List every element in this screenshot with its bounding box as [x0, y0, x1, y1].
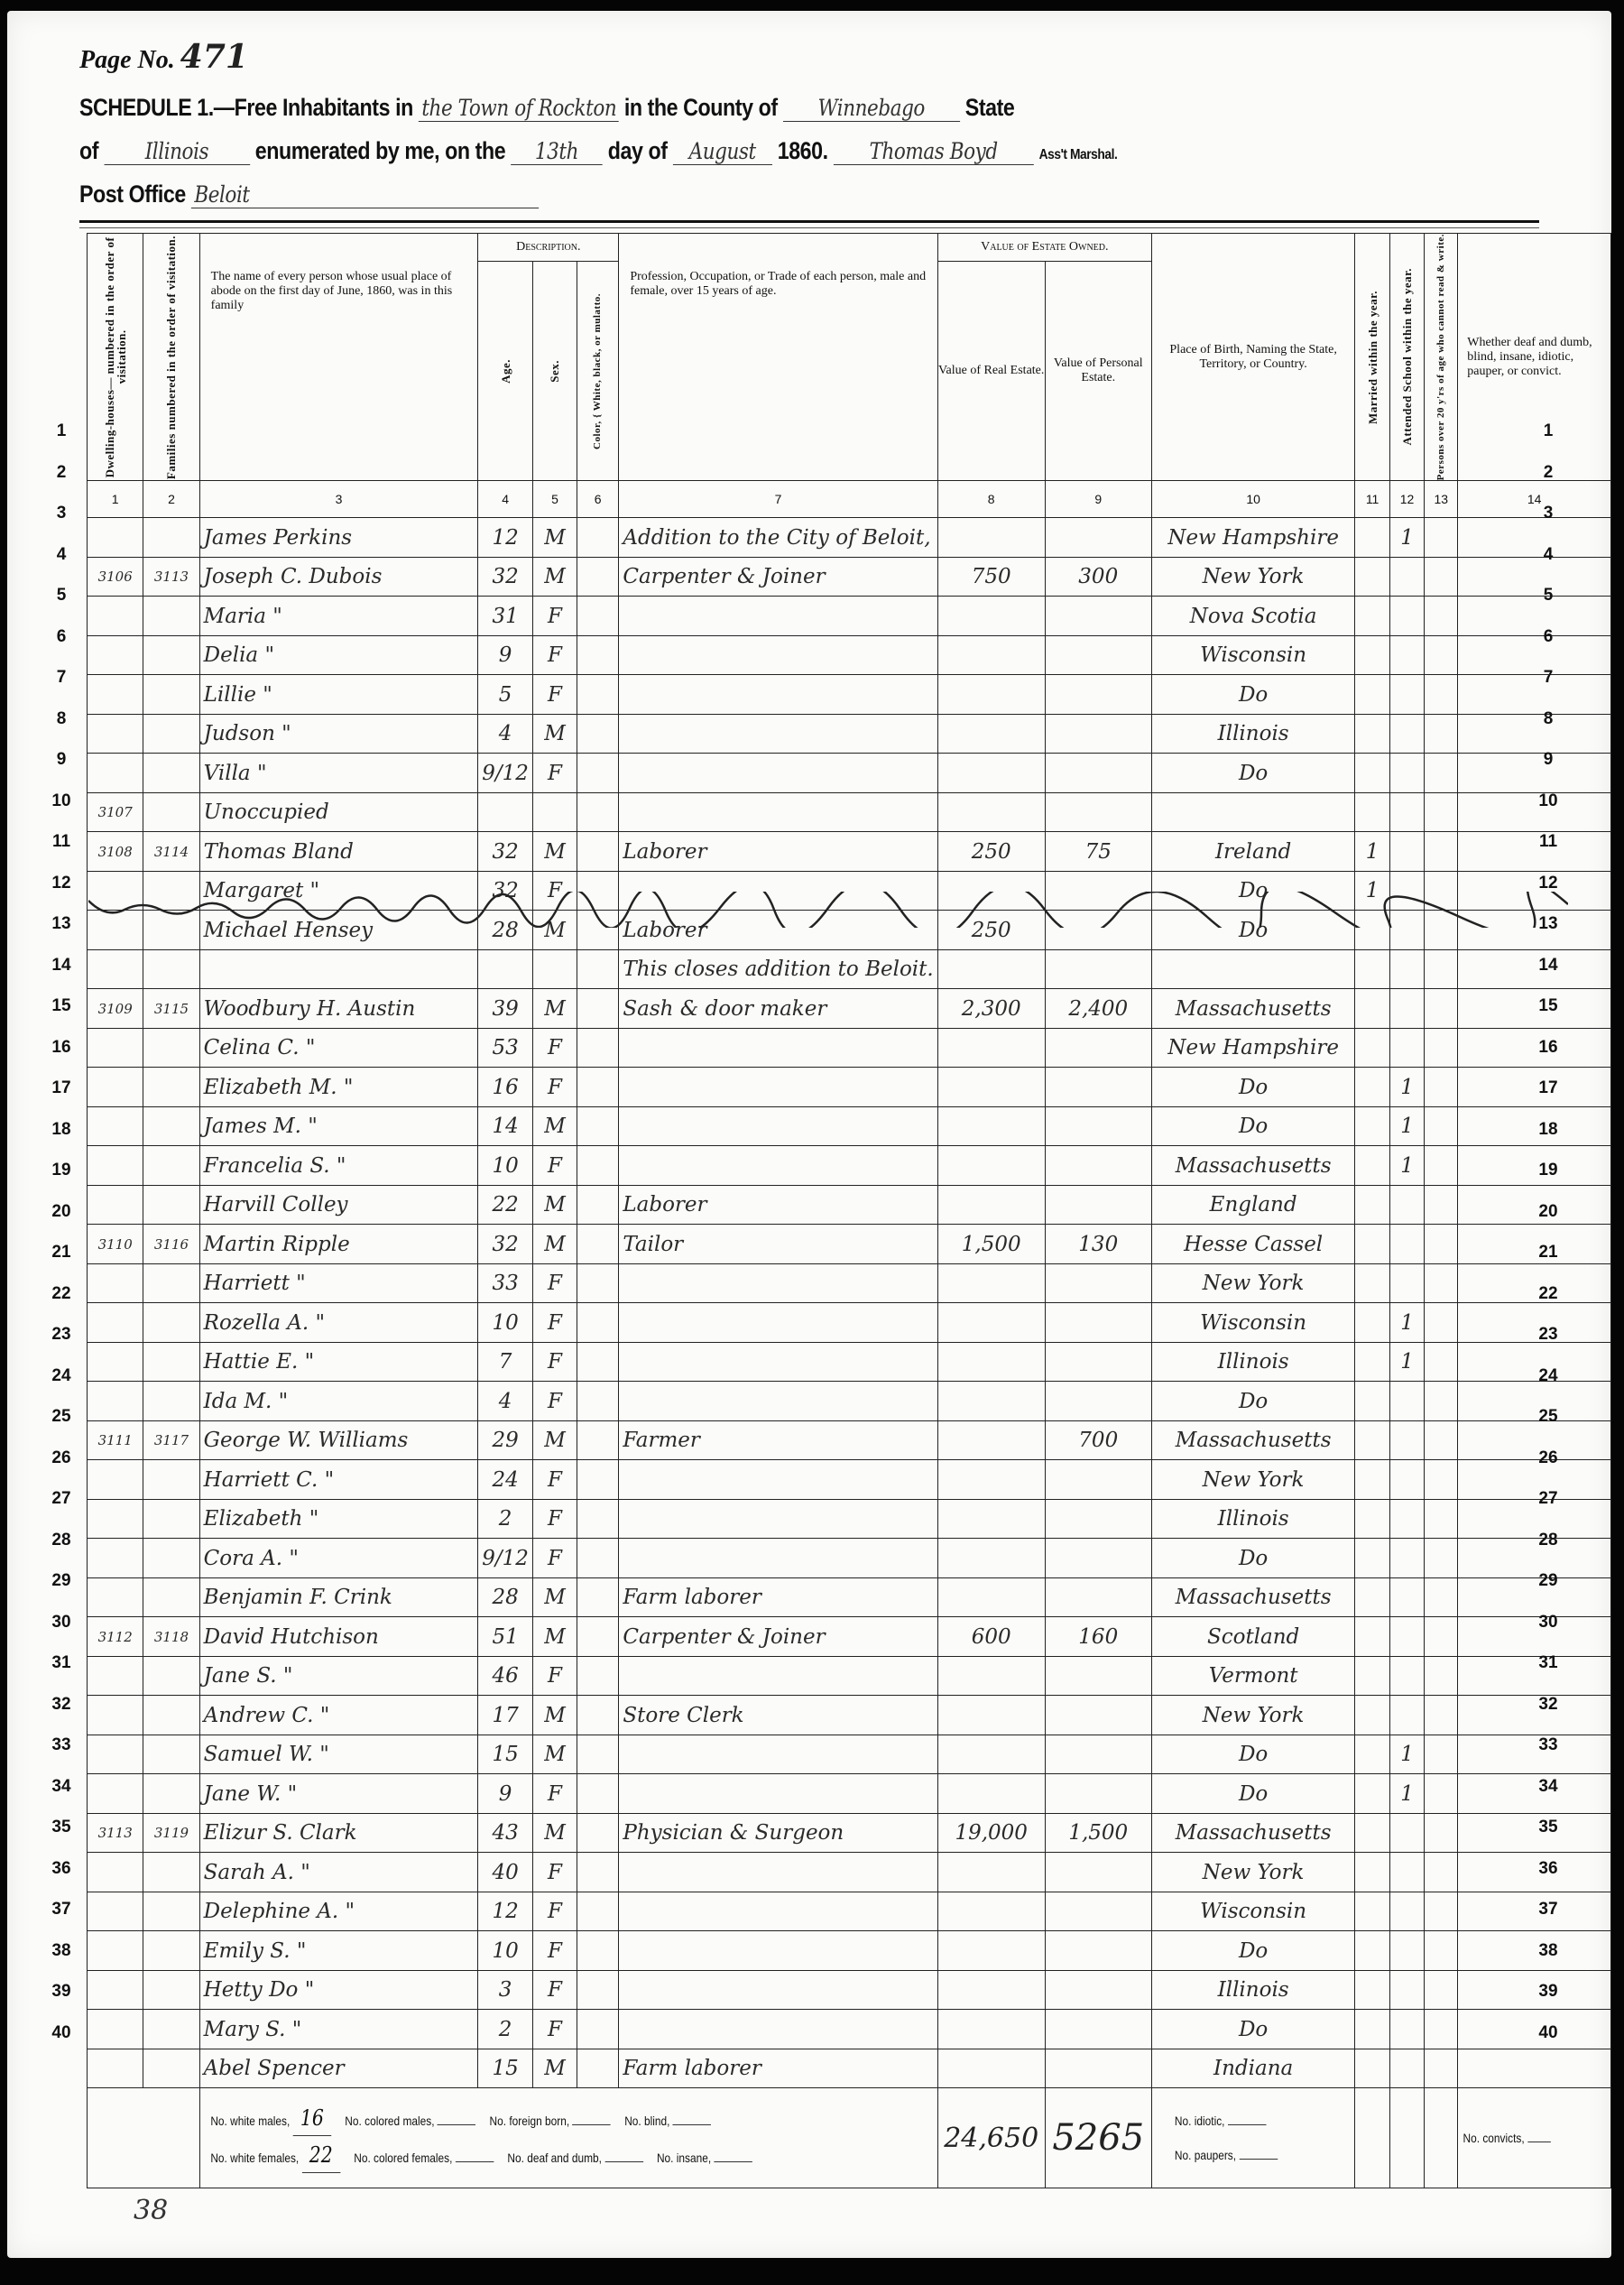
table-row: 31093115Woodbury H. Austin39MSash & door… — [88, 989, 1611, 1029]
personal-estate-value — [1045, 1382, 1151, 1421]
attended-school — [1389, 1813, 1424, 1853]
color — [577, 989, 619, 1029]
color — [577, 1263, 619, 1303]
attended-school — [1389, 1577, 1424, 1617]
occupation — [619, 1382, 937, 1421]
white-females-label: No. white females, — [210, 2151, 299, 2165]
paupers-label: No. paupers, — [1175, 2148, 1236, 2162]
line-number-left: 20 — [43, 1202, 79, 1222]
occupation — [619, 1499, 937, 1539]
personal-estate-value — [1045, 2010, 1151, 2049]
attended-school — [1389, 1225, 1424, 1264]
attended-school — [1389, 557, 1424, 597]
line-number-right: 37 — [1530, 1900, 1566, 1920]
sex: F — [532, 635, 577, 675]
cannot-read-write — [1425, 792, 1458, 832]
color — [577, 2010, 619, 2049]
line-number-right: 7 — [1530, 668, 1566, 688]
family-number — [143, 2010, 199, 2049]
line-number-right: 14 — [1530, 956, 1566, 976]
table-row: Maria "31FNova Scotia — [88, 597, 1611, 636]
person-name: Margaret " — [199, 871, 478, 911]
line-number-left: 25 — [43, 1407, 79, 1427]
personal-estate-value — [1045, 518, 1151, 558]
person-name: Harriett C. " — [199, 1460, 478, 1500]
line-number-left: 39 — [43, 1982, 79, 2002]
column-number: 4 — [478, 481, 533, 518]
personal-estate-value — [1045, 1499, 1151, 1539]
age: 29 — [478, 1420, 533, 1460]
column-number: 1 — [88, 481, 143, 518]
age: 9/12 — [478, 1539, 533, 1578]
col-personal-estate-header: Value of Personal Estate. — [1045, 262, 1151, 481]
personal-estate-value: 2,400 — [1045, 989, 1151, 1029]
dwelling-number — [88, 1382, 143, 1421]
birthplace: Do — [1151, 2010, 1355, 2049]
line-number-left: 23 — [43, 1325, 79, 1345]
line-number-right: 26 — [1530, 1448, 1566, 1468]
cannot-read-write — [1425, 1813, 1458, 1853]
person-name: Mary S. " — [199, 2010, 478, 2049]
real-estate-value — [937, 1146, 1045, 1186]
line-number-left: 6 — [43, 627, 79, 647]
attended-school — [1389, 2049, 1424, 2088]
table-row: Sarah A. "40FNew York — [88, 1853, 1611, 1892]
table-row: Jane W. "9FDo1 — [88, 1774, 1611, 1814]
column-number: 8 — [937, 481, 1045, 518]
line-number-right: 25 — [1530, 1407, 1566, 1427]
color — [577, 1735, 619, 1774]
sex: F — [532, 1853, 577, 1892]
line-number-right: 20 — [1530, 1202, 1566, 1222]
schedule-title: SCHEDULE 1.—Free Inhabitants in — [79, 94, 413, 121]
color — [577, 1185, 619, 1225]
colored-males-value — [438, 2124, 475, 2125]
occupation — [619, 1735, 937, 1774]
cannot-read-write — [1425, 871, 1458, 911]
birthplace: Vermont — [1151, 1656, 1355, 1696]
family-number — [143, 1185, 199, 1225]
white-females-value: 22 — [302, 2138, 341, 2173]
cannot-read-write — [1425, 832, 1458, 872]
line-number-right: 19 — [1530, 1161, 1566, 1180]
married-within-year — [1355, 1853, 1389, 1892]
table-row: Harvill Colley22MLaborerEngland — [88, 1185, 1611, 1225]
real-estate-value — [937, 1577, 1045, 1617]
sex: F — [532, 1892, 577, 1931]
married-within-year: 1 — [1355, 871, 1389, 911]
personal-estate-value: 700 — [1045, 1420, 1151, 1460]
cannot-read-write — [1425, 1539, 1458, 1578]
summary-idiotic-paupers: No. idiotic, No. paupers, — [1151, 2088, 1324, 2188]
line-number-left: 7 — [43, 668, 79, 688]
estate-header: Value of Estate Owned. — [937, 234, 1151, 262]
age: 39 — [478, 989, 533, 1029]
real-estate-value — [937, 518, 1045, 558]
color — [577, 1303, 619, 1343]
sex — [532, 792, 577, 832]
line-number-right: 21 — [1530, 1243, 1566, 1263]
person-name: Sarah A. " — [199, 1853, 478, 1892]
real-estate-value — [937, 1970, 1045, 2010]
birthplace: New York — [1151, 1460, 1355, 1500]
census-page: Page No.471 SCHEDULE 1.—Free Inhabitants… — [7, 11, 1611, 2258]
occupation: Store Clerk — [619, 1696, 937, 1735]
person-name: Jane S. " — [199, 1656, 478, 1696]
cannot-read-write — [1425, 1931, 1458, 1971]
summary-blank — [1425, 2088, 1458, 2188]
cannot-read-write — [1425, 675, 1458, 715]
dwelling-number — [88, 1460, 143, 1500]
line-number-left: 18 — [43, 1120, 79, 1140]
color — [577, 1460, 619, 1500]
color — [577, 1342, 619, 1382]
cannot-read-write — [1425, 1577, 1458, 1617]
sex: F — [532, 1460, 577, 1500]
color — [577, 1068, 619, 1107]
married-within-year — [1355, 1342, 1389, 1382]
line-number-left: 9 — [43, 750, 79, 770]
real-estate-value — [937, 1853, 1045, 1892]
sex: F — [532, 1656, 577, 1696]
person-name: Francelia S. " — [199, 1146, 478, 1186]
table-row: Margaret "32FDo1 — [88, 871, 1611, 911]
married-within-year — [1355, 1539, 1389, 1578]
personal-estate-value — [1045, 1892, 1151, 1931]
occupation — [619, 1656, 937, 1696]
column-number: 3 — [199, 481, 478, 518]
attended-school: 1 — [1389, 1342, 1424, 1382]
attended-school — [1389, 1028, 1424, 1068]
married-within-year — [1355, 792, 1389, 832]
person-name: Maria " — [199, 597, 478, 636]
line-number-left: 38 — [43, 1941, 79, 1961]
birthplace: Do — [1151, 1931, 1355, 1971]
married-within-year — [1355, 1892, 1389, 1931]
cannot-read-write — [1425, 1774, 1458, 1814]
color — [577, 754, 619, 793]
county-field: Winnebago — [783, 95, 960, 122]
occupation: Laborer — [619, 1185, 937, 1225]
col-occupation-header: Profession, Occupation, or Trade of each… — [619, 234, 937, 481]
line-number-right: 17 — [1530, 1078, 1566, 1098]
col-dwelling-header: Dwelling-houses— numbered in the order o… — [88, 234, 143, 481]
total-real-estate: 24,650 — [937, 2088, 1045, 2188]
color — [577, 1853, 619, 1892]
color — [577, 1892, 619, 1931]
column-number: 11 — [1355, 481, 1389, 518]
line-number-right: 15 — [1530, 996, 1566, 1016]
real-estate-value — [937, 1303, 1045, 1343]
family-number — [143, 792, 199, 832]
dwelling-number — [88, 1146, 143, 1186]
attended-school — [1389, 714, 1424, 754]
sex: F — [532, 1931, 577, 1971]
page-number-value: 471 — [180, 38, 248, 76]
line-number-left: 8 — [43, 709, 79, 729]
sex: M — [532, 1617, 577, 1657]
age: 3 — [478, 1970, 533, 2010]
birthplace: Ireland — [1151, 832, 1355, 872]
dwelling-number: 3106 — [88, 557, 143, 597]
person-name: Benjamin F. Crink — [199, 1577, 478, 1617]
family-number — [143, 1499, 199, 1539]
color — [577, 1970, 619, 2010]
real-estate-value — [937, 1420, 1045, 1460]
line-number-left: 11 — [43, 832, 79, 852]
total-personal-estate: 5265 — [1045, 2088, 1151, 2188]
age: 28 — [478, 1577, 533, 1617]
dwelling-number — [88, 1735, 143, 1774]
occupation: Addition to the City of Beloit, — [619, 518, 937, 558]
idiotic-value — [1228, 2124, 1267, 2125]
sex: M — [532, 989, 577, 1029]
age: 4 — [478, 714, 533, 754]
birthplace: New York — [1151, 1263, 1355, 1303]
cannot-read-write — [1425, 1617, 1458, 1657]
occupation — [619, 1303, 937, 1343]
real-estate-value — [937, 1460, 1045, 1500]
family-number: 3116 — [143, 1225, 199, 1264]
married-within-year — [1355, 1970, 1389, 2010]
line-number-left: 27 — [43, 1489, 79, 1509]
birthplace: Do — [1151, 1735, 1355, 1774]
person-name: Delephine A. " — [199, 1892, 478, 1931]
color — [577, 557, 619, 597]
cannot-read-write — [1425, 1853, 1458, 1892]
attended-school — [1389, 1617, 1424, 1657]
sex: F — [532, 1382, 577, 1421]
line-number-right: 13 — [1530, 914, 1566, 934]
occupation — [619, 2010, 937, 2049]
family-number — [143, 1146, 199, 1186]
line-number-right: 1 — [1530, 421, 1566, 441]
married-within-year — [1355, 754, 1389, 793]
col-color-header: Color, { White, black, or mulatto. — [577, 262, 619, 481]
married-within-year — [1355, 1656, 1389, 1696]
real-estate-value — [937, 597, 1045, 636]
personal-estate-value — [1045, 675, 1151, 715]
table-row: Harriett C. "24FNew York — [88, 1460, 1611, 1500]
cannot-read-write — [1425, 1303, 1458, 1343]
sex: M — [532, 557, 577, 597]
sex: M — [532, 1813, 577, 1853]
sex: M — [532, 832, 577, 872]
occupation — [619, 1539, 937, 1578]
married-within-year — [1355, 989, 1389, 1029]
table-row: Hattie E. "7FIllinois1 — [88, 1342, 1611, 1382]
summary-blank — [88, 2088, 200, 2188]
occupation — [619, 1931, 937, 1971]
birthplace: Indiana — [1151, 2049, 1355, 2088]
attended-school — [1389, 1539, 1424, 1578]
family-number — [143, 1342, 199, 1382]
birthplace: Do — [1151, 911, 1355, 950]
dwelling-number — [88, 1185, 143, 1225]
sex: M — [532, 1225, 577, 1264]
personal-estate-value — [1045, 1696, 1151, 1735]
family-number — [143, 1382, 199, 1421]
color — [577, 518, 619, 558]
occupation: Laborer — [619, 911, 937, 950]
real-estate-value — [937, 714, 1045, 754]
personal-estate-value — [1045, 911, 1151, 950]
birthplace: Do — [1151, 1774, 1355, 1814]
family-number — [143, 518, 199, 558]
color — [577, 1577, 619, 1617]
attended-school: 1 — [1389, 1303, 1424, 1343]
person-name: David Hutchison — [199, 1617, 478, 1657]
line-number-left: 15 — [43, 996, 79, 1016]
marshal-field: Thomas Boyd — [834, 138, 1034, 165]
occupation — [619, 635, 937, 675]
occupation — [619, 1892, 937, 1931]
attended-school — [1389, 1696, 1424, 1735]
colored-females-label: No. colored females, — [354, 2151, 452, 2165]
real-estate-value — [937, 1656, 1045, 1696]
personal-estate-value — [1045, 714, 1151, 754]
family-number — [143, 1735, 199, 1774]
birthplace: Wisconsin — [1151, 635, 1355, 675]
table-row: Samuel W. "15MDo1 — [88, 1735, 1611, 1774]
page-number: Page No.471 — [79, 38, 248, 76]
age: 9/12 — [478, 754, 533, 793]
attended-school — [1389, 635, 1424, 675]
column-number: 12 — [1389, 481, 1424, 518]
dwelling-number — [88, 2049, 143, 2088]
color — [577, 1539, 619, 1578]
line-number-right: 9 — [1530, 750, 1566, 770]
family-number: 3118 — [143, 1617, 199, 1657]
family-number — [143, 911, 199, 950]
sex: F — [532, 1303, 577, 1343]
age: 9 — [478, 1774, 533, 1814]
table-row: Cora A. "9/12FDo — [88, 1539, 1611, 1578]
birthplace: Nova Scotia — [1151, 597, 1355, 636]
table-row: Harriett "33FNew York — [88, 1263, 1611, 1303]
family-number — [143, 635, 199, 675]
family-number — [143, 1263, 199, 1303]
married-within-year — [1355, 2010, 1389, 2049]
married-within-year — [1355, 1460, 1389, 1500]
column-numbers-row: 1 2 3 4 5 6 7 8 9 10 11 12 13 14 — [88, 481, 1611, 518]
real-estate-value: 600 — [937, 1617, 1045, 1657]
color — [577, 1696, 619, 1735]
birthplace: Do — [1151, 675, 1355, 715]
family-number: 3117 — [143, 1420, 199, 1460]
family-number — [143, 2049, 199, 2088]
line-number-left: 33 — [43, 1735, 79, 1755]
age: 4 — [478, 1382, 533, 1421]
line-number-right: 23 — [1530, 1325, 1566, 1345]
married-within-year — [1355, 1028, 1389, 1068]
col-age-header: Age. — [478, 262, 533, 481]
personal-estate-value — [1045, 1106, 1151, 1146]
person-name: Harvill Colley — [199, 1185, 478, 1225]
sex: F — [532, 871, 577, 911]
sex: M — [532, 1185, 577, 1225]
age: 10 — [478, 1931, 533, 1971]
married-within-year — [1355, 714, 1389, 754]
person-name: Rozella A. " — [199, 1303, 478, 1343]
foreign-born-label: No. foreign born, — [490, 2114, 570, 2128]
town-field: the Town of Rockton — [419, 95, 619, 122]
dwelling-number: 3109 — [88, 989, 143, 1029]
dwelling-number — [88, 1499, 143, 1539]
table-row: Lillie "5FDo — [88, 675, 1611, 715]
age: 15 — [478, 1735, 533, 1774]
family-number: 3114 — [143, 832, 199, 872]
person-name: Abel Spencer — [199, 2049, 478, 2088]
occupation — [619, 597, 937, 636]
insane-value — [715, 2161, 753, 2162]
family-number — [143, 949, 199, 989]
occupation — [619, 792, 937, 832]
birthplace — [1151, 949, 1355, 989]
age: 32 — [478, 871, 533, 911]
line-number-left: 16 — [43, 1038, 79, 1058]
cannot-read-write — [1425, 2049, 1458, 2088]
age: 32 — [478, 832, 533, 872]
sex: F — [532, 1028, 577, 1068]
cannot-read-write — [1425, 1420, 1458, 1460]
cannot-read-write — [1425, 1225, 1458, 1264]
attended-school: 1 — [1389, 1735, 1424, 1774]
occupation — [619, 1263, 937, 1303]
enumerated-label: enumerated by me, on the — [255, 137, 505, 164]
color — [577, 832, 619, 872]
line-number-left: 34 — [43, 1777, 79, 1797]
state-field: Illinois — [104, 138, 250, 165]
personal-estate-value — [1045, 1460, 1151, 1500]
married-within-year — [1355, 1577, 1389, 1617]
line-number-left: 19 — [43, 1161, 79, 1180]
line-number-left: 30 — [43, 1613, 79, 1633]
attended-school — [1389, 1382, 1424, 1421]
real-estate-value — [937, 1892, 1045, 1931]
age: 33 — [478, 1263, 533, 1303]
birthplace: Illinois — [1151, 1970, 1355, 2010]
sex: F — [532, 1970, 577, 2010]
attended-school — [1389, 1263, 1424, 1303]
table-row: Villa "9/12FDo — [88, 754, 1611, 793]
birthplace: Do — [1151, 1539, 1355, 1578]
age: 22 — [478, 1185, 533, 1225]
dwelling-number — [88, 1696, 143, 1735]
person-name: James M. " — [199, 1106, 478, 1146]
line-number-left: 21 — [43, 1243, 79, 1263]
real-estate-value — [937, 1185, 1045, 1225]
line-number-left: 5 — [43, 586, 79, 606]
schedule-title-line: SCHEDULE 1.—Free Inhabitants in the Town… — [79, 94, 1014, 122]
dwelling-number — [88, 1068, 143, 1107]
birthplace: Do — [1151, 1106, 1355, 1146]
age: 53 — [478, 1028, 533, 1068]
sex — [532, 949, 577, 989]
col-real-estate-header: Value of Real Estate. — [937, 262, 1045, 481]
married-within-year — [1355, 1813, 1389, 1853]
family-number: 3115 — [143, 989, 199, 1029]
birthplace: Do — [1151, 871, 1355, 911]
occupation — [619, 1146, 937, 1186]
personal-estate-value — [1045, 1028, 1151, 1068]
married-within-year — [1355, 1774, 1389, 1814]
age: 2 — [478, 2010, 533, 2049]
deaf-dumb-label: No. deaf and dumb, — [508, 2151, 603, 2165]
sex: F — [532, 1263, 577, 1303]
line-number-left: 14 — [43, 956, 79, 976]
married-within-year — [1355, 1185, 1389, 1225]
